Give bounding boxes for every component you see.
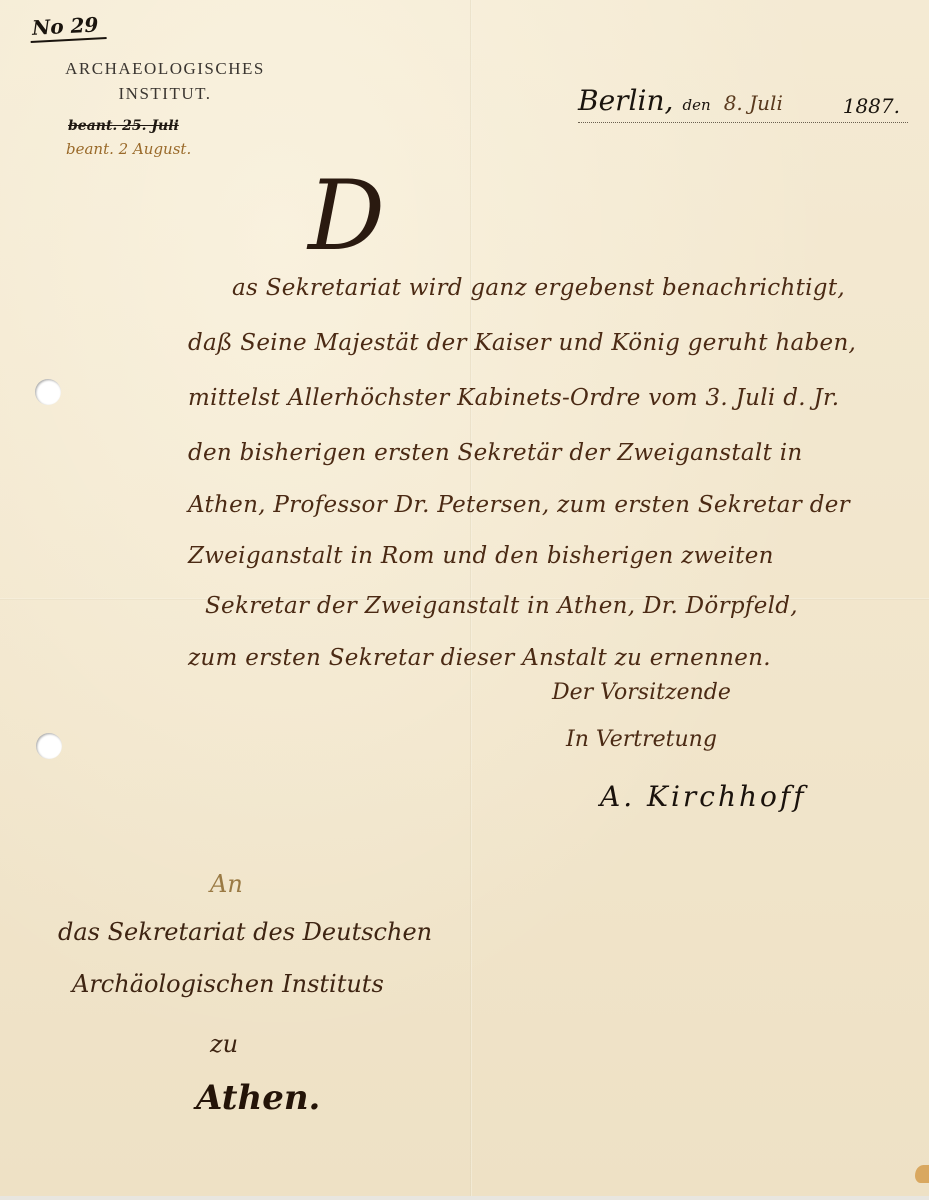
body-line-1: as Sekretariat wird ganz ergebenst benac… (232, 275, 845, 301)
struck-annotation: beant. 25. Juli (68, 118, 179, 134)
address-line-4: Athen. (196, 1078, 320, 1118)
address-salutation: An (210, 870, 243, 898)
letterhead-line-1: ARCHAEOLOGISCHES (30, 56, 300, 81)
paper-bottom-edge (0, 1196, 929, 1200)
address-line-2: Archäologischen Instituts (72, 970, 384, 998)
dateline-den: den (682, 96, 710, 114)
signature: A. Kirchhoff (600, 780, 807, 813)
punch-hole-bottom (36, 733, 62, 759)
corner-stain (915, 1165, 929, 1183)
document-number: No 29 (29, 12, 107, 43)
body-line-7: Sekretar der Zweiganstalt in Athen, Dr. … (205, 593, 798, 619)
body-line-5: Athen, Professor Dr. Petersen, zum erste… (188, 492, 850, 518)
dateline-day-month: 8. Juli (724, 91, 783, 115)
closing-line-2: In Vertretung (566, 727, 717, 752)
body-line-4: den bisherigen ersten Sekretär der Zweig… (188, 440, 803, 466)
letterhead-line-2: INSTITUT. (30, 81, 300, 106)
body-line-3: mittelst Allerhöchster Kabinets-Ordre vo… (188, 385, 839, 411)
letterhead: ARCHAEOLOGISCHES INSTITUT. (30, 56, 300, 106)
address-line-3: zu (210, 1030, 238, 1058)
dateline-place: Berlin, (578, 84, 673, 117)
answer-annotation: beant. 2 August. (66, 140, 191, 158)
address-line-1: das Sekretariat des Deutschen (58, 918, 432, 946)
punch-hole-top (35, 379, 61, 405)
body-line-8: zum ersten Sekretar dieser Anstalt zu er… (188, 645, 771, 671)
body-line-6: Zweiganstalt in Rom und den bisherigen z… (188, 543, 774, 569)
initial-letter: D (308, 168, 385, 264)
dateline: Berlin, den 8. Juli 1887. (578, 84, 908, 123)
dateline-year: 1887. (843, 94, 900, 118)
closing-line-1: Der Vorsitzende (552, 680, 731, 705)
body-line-2: daß Seine Majestät der Kaiser und König … (188, 330, 856, 356)
